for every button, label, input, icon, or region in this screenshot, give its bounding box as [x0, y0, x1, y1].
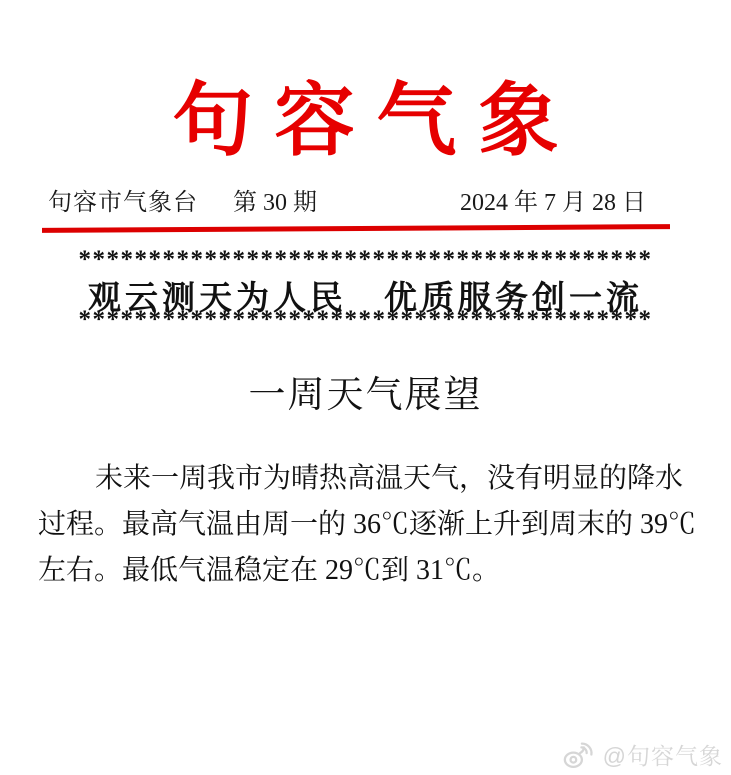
stars-row-bottom: ****************************************… [0, 306, 731, 334]
masthead-title: 句容气象 [0, 76, 731, 164]
article-body: 未来一周我市为晴热高温天气，没有明显的降水 过程。最高气温由周一的 36℃逐渐上… [38, 456, 679, 594]
red-rule-divider [42, 224, 670, 233]
body-line: 左右。最低气温稳定在 29℃到 31℃。 [38, 548, 679, 594]
watermark-handle: @句容气象 [603, 738, 723, 771]
body-line: 未来一周我市为晴热高温天气，没有明显的降水 [38, 456, 679, 502]
weibo-icon [562, 740, 598, 770]
issue-line: 句容市气象台 第 30 期 2024 年 7 月 28 日 [0, 188, 731, 218]
bulletin-page: 句容气象 句容市气象台 第 30 期 2024 年 7 月 28 日 *****… [0, 0, 731, 775]
article-heading: 一周天气展望 [0, 364, 731, 418]
masthead: 句容气象 [0, 76, 731, 164]
issue-number: 第 30 期 [233, 188, 317, 218]
body-line: 过程。最高气温由周一的 36℃逐渐上升到周末的 39℃ [38, 502, 679, 548]
agency-name: 句容市气象台 [48, 188, 198, 218]
issue-date: 2024 年 7 月 28 日 [460, 188, 646, 218]
stars-row-top: ****************************************… [0, 246, 731, 274]
watermark: @句容气象 [562, 738, 723, 771]
